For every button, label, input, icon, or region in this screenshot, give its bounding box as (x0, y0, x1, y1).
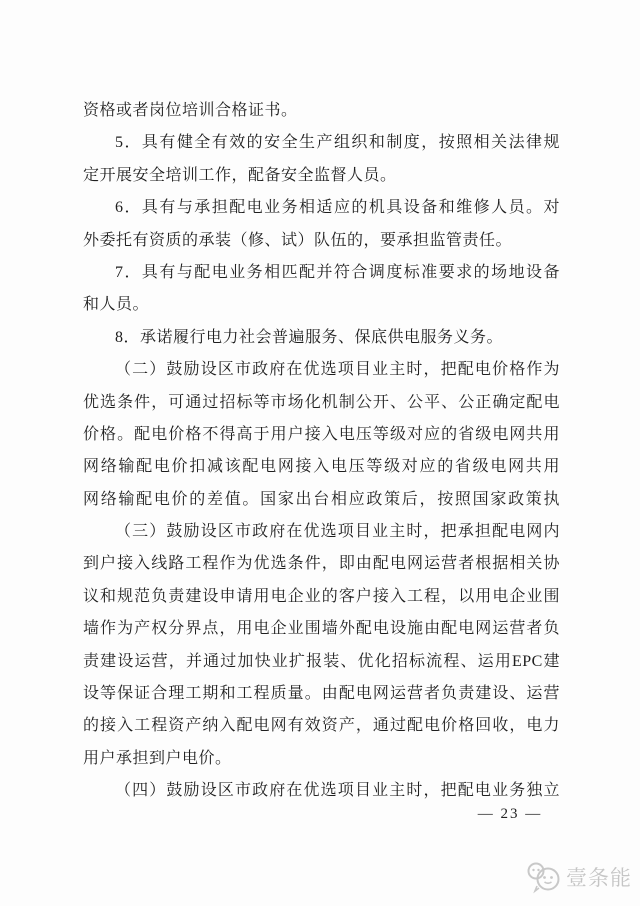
page-number: — 23 — (470, 806, 550, 823)
text-line: 和人员。 (83, 289, 560, 321)
watermark: 壹条能 (525, 860, 632, 894)
text-line: （二）鼓励设区市政府在优选项目业主时，把配电价格作为 (83, 354, 560, 386)
text-line: 墙作为产权分界点，用电企业围墙外配电设施由配电网运营者负 (83, 613, 560, 645)
watermark-text: 壹条能 (566, 862, 632, 892)
text-line: 到户接入线路工程作为优选条件，即由配电网运营者根据相关协 (83, 548, 560, 580)
text-line: 6．具有与承担配电业务相适应的机具设备和维修人员。对 (83, 192, 560, 224)
text-line: （四）鼓励设区市政府在优选项目业主时，把配电业务独立 (83, 775, 560, 807)
text-line: 5．具有健全有效的安全生产组织和制度，按照相关法律规 (83, 127, 560, 159)
text-line: 责建设运营，并通过加快业扩报装、优化招标流程、运用EPC建 (83, 646, 560, 678)
document-body: 资格或者岗位培训合格证书。5．具有健全有效的安全生产组织和制度，按照相关法律规定… (83, 95, 560, 808)
text-line: （三）鼓励设区市政府在优选项目业主时，把承担配电网内 (83, 516, 560, 548)
text-line: 外委托有资质的承装（修、试）队伍的，要承担监管责任。 (83, 225, 560, 257)
text-line: 定开展安全培训工作，配备安全监督人员。 (83, 160, 560, 192)
text-line: 8．承诺履行电力社会普遍服务、保底供电服务义务。 (83, 322, 560, 354)
text-line: 议和规范负责建设申请用电企业的客户接入工程，以用电企业围 (83, 581, 560, 613)
wechat-bubbles-icon (525, 860, 563, 894)
text-line: 设等保证合理工期和工程质量。由配电网运营者负责建设、运营 (83, 678, 560, 710)
document-page: 资格或者岗位培训合格证书。5．具有健全有效的安全生产组织和制度，按照相关法律规定… (0, 0, 640, 906)
text-line: 网络输配电价的差值。国家出台相应政策后，按照国家政策执行。 (83, 484, 560, 516)
text-line: 优选条件，可通过招标等市场化机制公开、公平、公正确定配电 (83, 387, 560, 419)
text-line: 用户承担到户电价。 (83, 743, 560, 775)
text-line: 价格。配电价格不得高于用户接入电压等级对应的省级电网共用 (83, 419, 560, 451)
text-line: 7．具有与配电业务相匹配并符合调度标准要求的场地设备 (83, 257, 560, 289)
text-line: 资格或者岗位培训合格证书。 (83, 95, 560, 127)
text-line: 的接入工程资产纳入配电网有效资产，通过配电价格回收，电力 (83, 710, 560, 742)
text-line: 网络输配电价扣减该配电网接入电压等级对应的省级电网共用 (83, 451, 560, 483)
